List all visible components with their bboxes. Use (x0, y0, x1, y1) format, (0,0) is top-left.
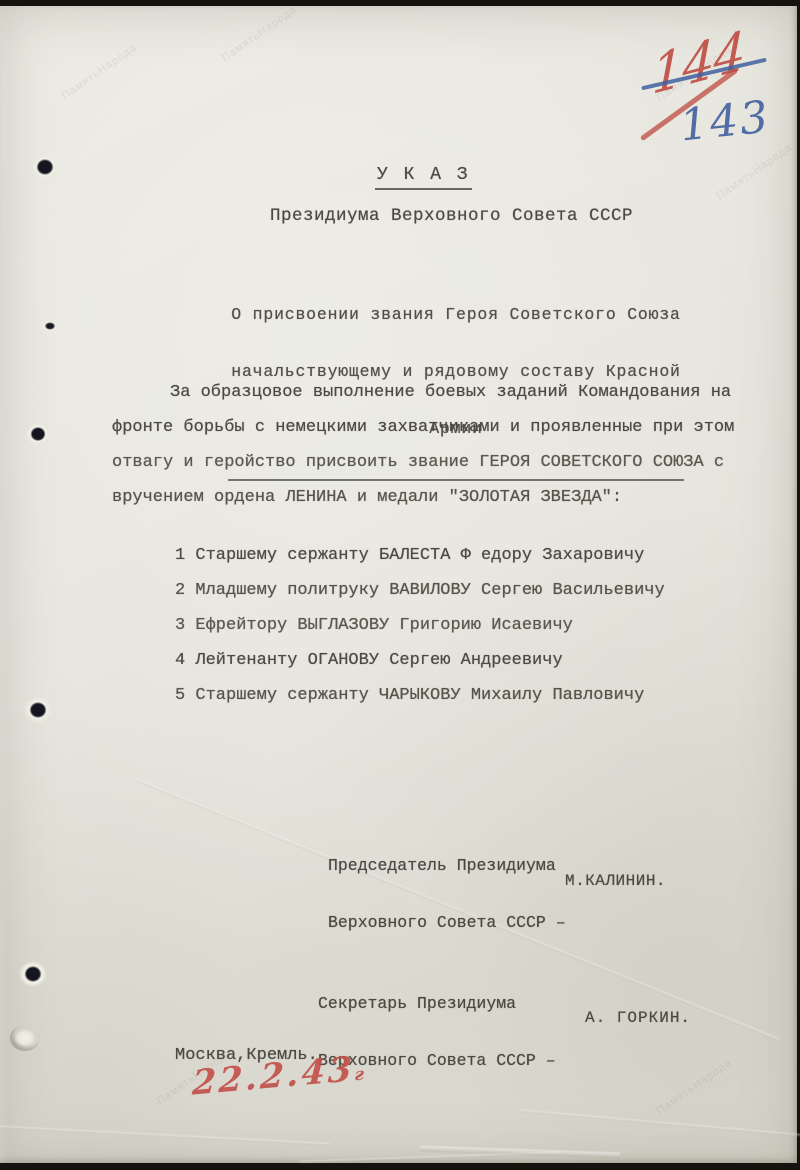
watermark: ПамятьНарода (655, 1057, 735, 1118)
awardee-list-item: 4 Лейтенанту ОГАНОВУ Сергею Андреевичу (175, 651, 563, 670)
document-title: У К А З (375, 165, 472, 190)
signature-title-line: Секретарь Президиума (318, 994, 556, 1013)
punch-hole (10, 1025, 40, 1051)
signature-name-kalinin: М.КАЛИНИН. (565, 872, 666, 890)
punch-hole (39, 318, 61, 334)
watermark: ПамятьНарода (220, 4, 300, 65)
subject-line: О присвоении звания Героя Советского Сою… (228, 305, 684, 324)
body-line: вручением ордена ЛЕНИНА и медали "ЗОЛОТА… (112, 488, 622, 507)
body-line: фронте борьбы с немецкими захватчиками и… (112, 418, 734, 437)
subject-line: начальствующему и рядовому составу Красн… (228, 362, 684, 381)
handwritten-page-number: 143 (678, 91, 773, 151)
signature-name-gorkin: А. ГОРКИН. (585, 1009, 691, 1027)
awardee-list-item: 1 Старшему сержанту БАЛЕСТА Ф едору Заха… (175, 546, 644, 565)
subject-heading: О присвоении звания Героя Советского Сою… (228, 267, 684, 481)
awardee-list-item: 5 Старшему сержанту ЧАРЫКОВУ Михаилу Пав… (175, 686, 644, 705)
scanned-document-page: ПамятьНарода ПамятьНарода ПамятьНарода П… (0, 6, 797, 1163)
punch-hole (22, 419, 54, 449)
watermark: ПамятьНарода (60, 42, 140, 103)
watermark: ПамятьНарода (715, 142, 795, 203)
awardee-list-item: 3 Ефрейтору ВЫГЛАЗОВУ Григорию Исаевичу (175, 616, 573, 635)
issuing-body-line: Президиума Верховного Совета СССР (270, 206, 633, 226)
date-suffix: г (354, 1064, 365, 1085)
punch-hole (27, 150, 63, 184)
paper-crease (0, 1125, 330, 1146)
signature-title-line: Верховного Совета СССР – (328, 913, 566, 932)
awardee-list-item: 2 Младшему политруку ВАВИЛОВУ Сергею Вас… (175, 581, 665, 600)
punch-hole (15, 957, 51, 991)
body-line: отвагу и геройство присвоить звание ГЕРО… (112, 453, 724, 472)
signature-block-chairman: Председатель Президиума Верховного Совет… (328, 818, 566, 970)
body-line: За образцовое выполнение боевых заданий … (170, 383, 731, 402)
signature-title-line: Председатель Президиума (328, 856, 566, 875)
punch-hole (20, 693, 56, 727)
